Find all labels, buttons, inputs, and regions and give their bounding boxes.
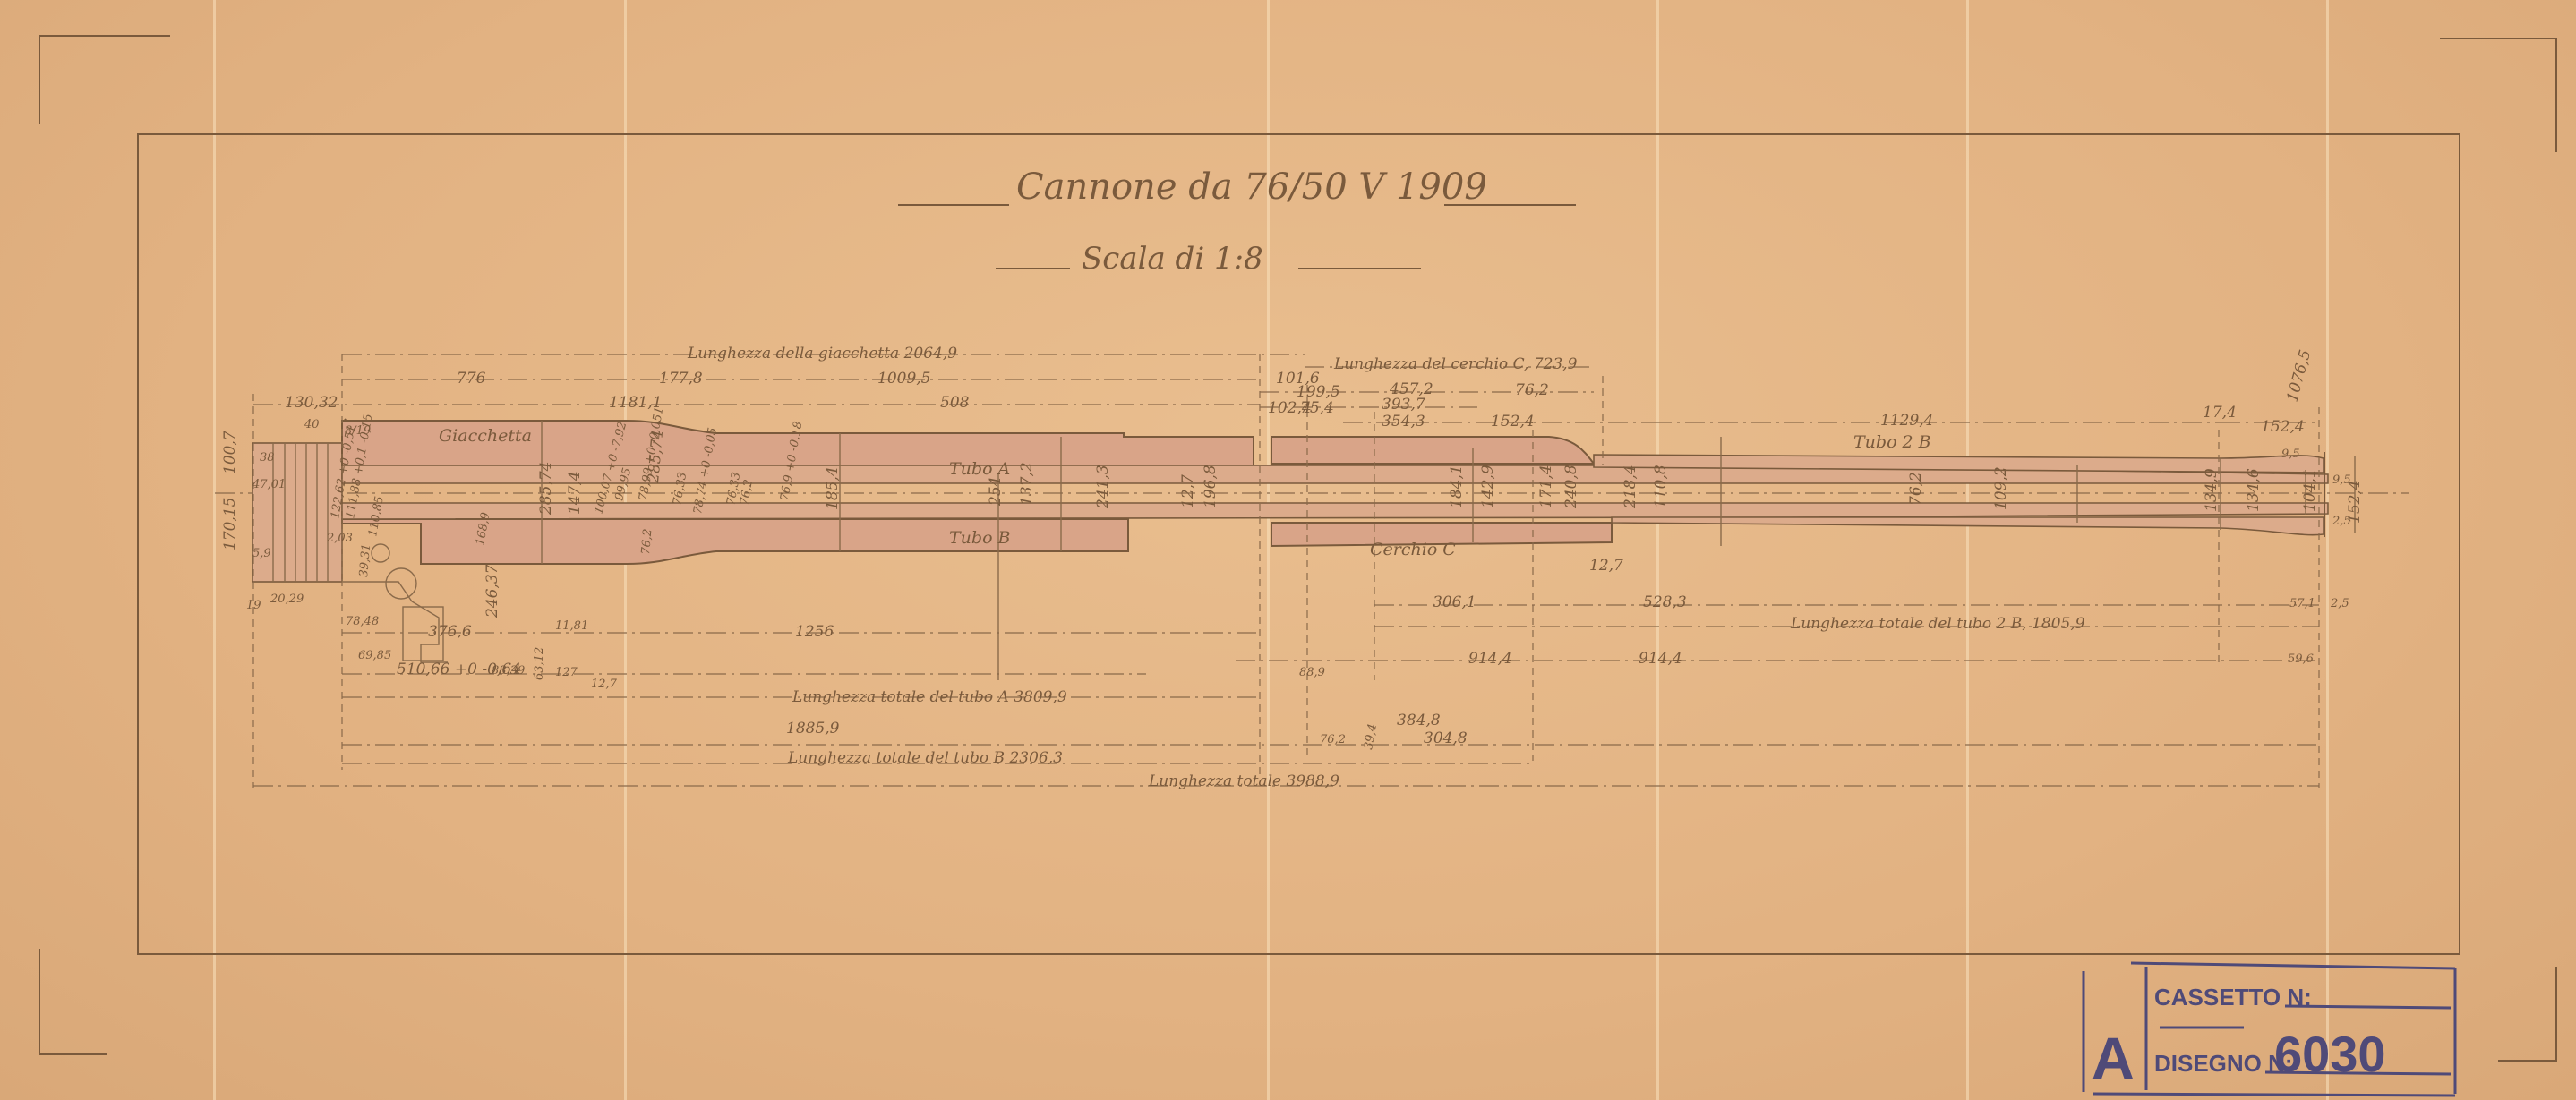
svg-text:241,3: 241,3: [1094, 465, 1112, 509]
svg-text:47,01: 47,01: [252, 478, 286, 491]
svg-text:17,4: 17,4: [2203, 404, 2237, 422]
svg-text:152,4: 152,4: [1491, 413, 1535, 431]
svg-text:127: 127: [555, 666, 578, 679]
svg-text:12,7: 12,7: [591, 678, 618, 691]
svg-text:11,81: 11,81: [555, 619, 588, 633]
svg-text:508: 508: [940, 394, 970, 412]
svg-text:9,5: 9,5: [2281, 448, 2300, 461]
part-cerchio-c: [1271, 437, 1612, 546]
svg-text:184,1: 184,1: [1448, 465, 1466, 508]
svg-text:2,03: 2,03: [326, 532, 353, 545]
label-giacchetta: Giacchetta: [439, 426, 532, 446]
dimension-lines: [253, 354, 2319, 786]
svg-text:9,5: 9,5: [2332, 473, 2351, 487]
label-tubo-a: Tubo A: [949, 459, 1010, 479]
svg-text:109,2: 109,2: [1992, 466, 2010, 510]
svg-text:20,29: 20,29: [270, 593, 304, 606]
svg-text:130,32: 130,32: [285, 394, 338, 412]
svg-text:147,4: 147,4: [566, 471, 584, 515]
svg-text:134,9: 134,9: [2203, 468, 2221, 512]
svg-text:196,8: 196,8: [1202, 465, 1220, 508]
svg-text:104,1: 104,1: [2301, 468, 2319, 512]
svg-text:39,4: 39,4: [1362, 723, 1380, 751]
svg-text:177,8: 177,8: [659, 370, 703, 388]
svg-text:384,8: 384,8: [1397, 712, 1441, 729]
svg-text:69,85: 69,85: [358, 649, 391, 662]
svg-text:76,2: 76,2: [639, 528, 655, 555]
svg-text:100,7: 100,7: [221, 431, 239, 474]
stamp-letter: A: [2092, 1025, 2135, 1091]
svg-text:218,4: 218,4: [1622, 465, 1639, 509]
svg-text:240,8: 240,8: [1562, 465, 1580, 509]
svg-text:38: 38: [260, 451, 275, 465]
svg-text:1009,5: 1009,5: [877, 370, 930, 388]
svg-text:88,39: 88,39: [492, 664, 525, 678]
archive-stamp: A CASSETTO N: DISEGNO N: 6030: [2084, 963, 2455, 1096]
svg-text:76,2: 76,2: [1515, 381, 1549, 399]
svg-text:1076,5: 1076,5: [2284, 348, 2315, 405]
svg-text:59,6: 59,6: [2288, 652, 2314, 666]
svg-text:88,9: 88,9: [1299, 666, 1325, 679]
svg-text:285,74: 285,74: [537, 462, 555, 516]
svg-text:354,3: 354,3: [1382, 413, 1425, 431]
svg-text:142,9: 142,9: [1479, 465, 1497, 508]
length-cerchio-c: Lunghezza del cerchio C, 723,9: [1333, 355, 1578, 373]
svg-text:170,15: 170,15: [221, 498, 239, 550]
svg-text:776: 776: [457, 370, 486, 388]
drawing-title: Cannone da 76/50 V 1909: [1016, 166, 1487, 208]
length-tubo-a: Lunghezza totale del tubo A 3809,9: [792, 688, 1067, 706]
svg-text:199,5: 199,5: [1297, 383, 1340, 401]
svg-text:78,48: 78,48: [346, 615, 379, 628]
svg-text:5,9: 5,9: [252, 547, 271, 560]
svg-text:914,4: 914,4: [1468, 650, 1512, 668]
svg-text:39,31: 39,31: [357, 543, 373, 577]
length-tubo-2b: Lunghezza totale del tubo 2 B, 1805,9: [1790, 615, 2085, 633]
svg-text:76,2: 76,2: [1320, 733, 1346, 746]
svg-text:2,5: 2,5: [2330, 597, 2349, 610]
svg-text:185,4: 185,4: [824, 466, 842, 510]
label-tubo-b: Tubo B: [949, 528, 1011, 548]
label-cerchio-c: Cerchio C: [1370, 540, 1456, 559]
label-tubo-2b: Tubo 2 B: [1853, 432, 1931, 452]
svg-text:393,7: 393,7: [1382, 396, 1425, 414]
svg-text:76,2: 76,2: [1907, 472, 1925, 506]
svg-text:1885,9: 1885,9: [786, 720, 840, 738]
svg-text:137,2: 137,2: [1018, 462, 1036, 506]
length-tubo-b: Lunghezza totale del tubo B 2306,3: [787, 749, 1063, 767]
svg-text:12,7: 12,7: [1589, 557, 1623, 575]
svg-text:134,6: 134,6: [2245, 468, 2263, 512]
svg-text:304,8: 304,8: [1424, 729, 1468, 747]
svg-text:2,5: 2,5: [2332, 515, 2351, 528]
drawing-sheet: Cannone da 76/50 V 1909 Scala di 1:8: [0, 0, 2576, 1100]
svg-text:171,4: 171,4: [1537, 465, 1555, 508]
svg-text:1129,4: 1129,4: [1880, 412, 1933, 430]
svg-text:19: 19: [246, 599, 261, 612]
svg-text:306,1: 306,1: [1433, 593, 1476, 611]
length-giacchetta: Lunghezza della giacchetta 2064,9: [687, 345, 957, 362]
extension-lines: [253, 354, 2319, 788]
technical-drawing: Cannone da 76/50 V 1909 Scala di 1:8: [0, 0, 2576, 1100]
svg-text:1256: 1256: [795, 623, 834, 641]
svg-text:40: 40: [304, 418, 320, 431]
svg-text:528,3: 528,3: [1643, 593, 1687, 611]
svg-text:12,7: 12,7: [1179, 474, 1197, 508]
svg-text:376,6: 376,6: [428, 623, 472, 641]
svg-text:110,8: 110,8: [1652, 465, 1670, 508]
svg-text:246,37: 246,37: [484, 564, 501, 618]
length-totale: Lunghezza totale 3988,9: [1148, 772, 1339, 790]
title-block: Cannone da 76/50 V 1909 Scala di 1:8: [898, 166, 1576, 277]
svg-text:63,12: 63,12: [533, 647, 546, 680]
svg-text:57,1: 57,1: [2289, 597, 2315, 610]
svg-text:75,4: 75,4: [1300, 399, 1334, 417]
svg-text:254: 254: [987, 477, 1005, 507]
svg-text:914,4: 914,4: [1639, 650, 1682, 668]
drawing-scale: Scala di 1:8: [1082, 241, 1263, 277]
svg-text:152,4: 152,4: [2261, 418, 2305, 436]
